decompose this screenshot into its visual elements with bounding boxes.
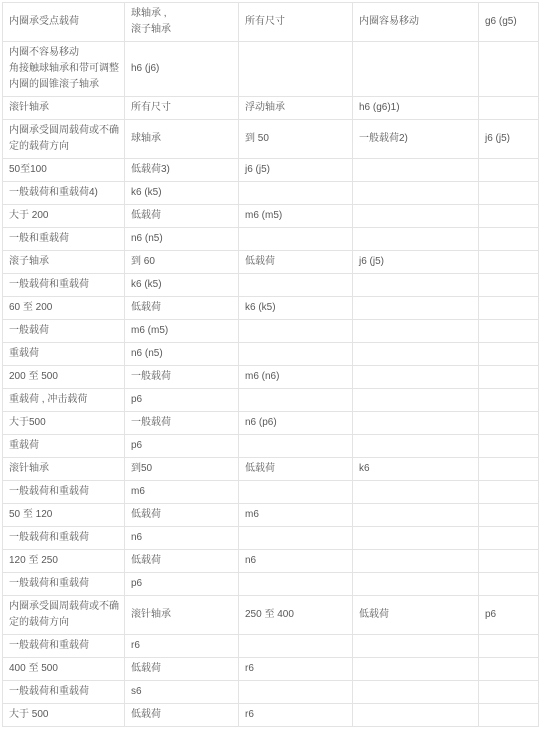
table-cell: m6 (n6) [239,366,353,389]
table-cell [239,527,353,550]
table-cell: j6 (j5) [479,120,539,159]
table-cell [479,458,539,481]
table-cell: 低载荷 [125,205,239,228]
table-cell: 低载荷 [239,458,353,481]
table-cell: s6 [125,681,239,704]
table-row: 内圈承受圆周载荷或不确 定的载荷方向球轴承到 50一般载荷2)j6 (j5) [3,120,539,159]
table-cell [353,481,479,504]
table-cell: 120 至 250 [3,550,125,573]
table-cell [353,228,479,251]
table-cell: 球轴承 [125,120,239,159]
table-cell [479,435,539,458]
table-cell: n6 [125,527,239,550]
table-row: 大于 200低载荷m6 (m5) [3,205,539,228]
table-cell: 200 至 500 [3,366,125,389]
table-cell: g6 (g5) [479,3,539,42]
table-cell: 一般载荷 [3,320,125,343]
table-cell: p6 [125,435,239,458]
table-cell: 滚子轴承 [3,251,125,274]
table-cell: 大于 500 [3,704,125,727]
table-row: 一般载荷和重载荷r6 [3,635,539,658]
table-cell [353,550,479,573]
table-cell [479,658,539,681]
table-cell: k6 (k5) [125,274,239,297]
table-cell: 400 至 500 [3,658,125,681]
table-cell [353,343,479,366]
table-cell: 重载荷 [3,435,125,458]
table-cell: 重载荷 , 冲击载荷 [3,389,125,412]
table-cell: m6 [239,504,353,527]
table-cell: 大于 200 [3,205,125,228]
table-cell [353,320,479,343]
table-cell [479,42,539,97]
table-cell [479,412,539,435]
table-row: 200 至 500一般载荷m6 (n6) [3,366,539,389]
table-cell [239,228,353,251]
table-cell: 到50 [125,458,239,481]
table-row: 滚针轴承到50低载荷k6 [3,458,539,481]
table-cell [353,635,479,658]
table-cell: 一般和重载荷 [3,228,125,251]
table-row: 重载荷p6 [3,435,539,458]
table-cell [353,389,479,412]
table-cell: 滚针轴承 [3,458,125,481]
table-cell: j6 (j5) [353,251,479,274]
table-row: 重载荷 , 冲击载荷p6 [3,389,539,412]
table-cell: p6 [125,389,239,412]
table-cell: 一般载荷2) [353,120,479,159]
table-cell: h6 (g6)1) [353,97,479,120]
table-row: 内圈承受点载荷球轴承 , 滚子轴承所有尺寸内圈容易移动g6 (g5) [3,3,539,42]
table-cell: 内圈容易移动 [353,3,479,42]
table-cell [239,42,353,97]
table-row: 一般和重载荷n6 (n5) [3,228,539,251]
table-cell: r6 [125,635,239,658]
table-cell: 一般载荷和重载荷 [3,527,125,550]
table-cell [353,435,479,458]
table-cell [353,412,479,435]
table-cell [353,658,479,681]
table-row: 60 至 200低载荷k6 (k5) [3,297,539,320]
table-cell: 内圈不容易移动 角接触球轴承和带可调整 内圈的圆锥滚子轴承 [3,42,125,97]
table-cell: n6 [239,550,353,573]
table-cell: 低载荷 [125,504,239,527]
table-row: 一般载荷和重载荷p6 [3,573,539,596]
table-cell [479,704,539,727]
table-cell [239,635,353,658]
table-cell [479,481,539,504]
table-cell: 一般载荷和重载荷 [3,635,125,658]
table-row: 一般载荷m6 (m5) [3,320,539,343]
table-cell: 浮动轴承 [239,97,353,120]
table-cell: 低载荷 [125,297,239,320]
table-cell: 一般载荷和重载荷4) [3,182,125,205]
table-cell: 一般载荷和重载荷 [3,274,125,297]
table-cell: 一般载荷 [125,366,239,389]
table-row: 一般载荷和重载荷k6 (k5) [3,274,539,297]
table-cell: 重载荷 [3,343,125,366]
table-row: 滚针轴承所有尺寸浮动轴承h6 (g6)1) [3,97,539,120]
table-cell: n6 (p6) [239,412,353,435]
table-cell [353,205,479,228]
table-cell: p6 [479,596,539,635]
bearing-shaft-fit-table-body: 内圈承受点载荷球轴承 , 滚子轴承所有尺寸内圈容易移动g6 (g5)内圈不容易移… [3,3,539,727]
table-cell: 所有尺寸 [239,3,353,42]
table-row: 大于500一般载荷n6 (p6) [3,412,539,435]
table-cell [239,274,353,297]
table-cell: 一般载荷 [125,412,239,435]
table-cell [353,704,479,727]
table-cell: 到 50 [239,120,353,159]
bearing-shaft-fit-table: 内圈承受点载荷球轴承 , 滚子轴承所有尺寸内圈容易移动g6 (g5)内圈不容易移… [2,2,539,727]
table-cell [479,550,539,573]
table-cell [479,389,539,412]
table-row: 内圈承受圆周载荷或不确 定的载荷方向滚针轴承250 至 400低载荷p6 [3,596,539,635]
table-cell [353,573,479,596]
table-row: 120 至 250低载荷n6 [3,550,539,573]
table-cell [239,481,353,504]
table-cell: 一般载荷和重载荷 [3,573,125,596]
table-cell [479,635,539,658]
table-cell [479,320,539,343]
table-cell: 内圈承受圆周载荷或不确 定的载荷方向 [3,596,125,635]
table-cell [479,182,539,205]
table-cell [239,320,353,343]
table-cell [353,504,479,527]
table-cell [479,504,539,527]
table-cell: 60 至 200 [3,297,125,320]
table-cell [479,366,539,389]
table-cell [239,681,353,704]
table-cell [479,251,539,274]
table-cell [479,97,539,120]
table-cell [479,159,539,182]
page: 内圈承受点载荷球轴承 , 滚子轴承所有尺寸内圈容易移动g6 (g5)内圈不容易移… [0,2,542,750]
table-cell [479,343,539,366]
table-cell [479,297,539,320]
table-cell: j6 (j5) [239,159,353,182]
table-row: 重载荷n6 (n5) [3,343,539,366]
table-cell [479,205,539,228]
table-cell: r6 [239,704,353,727]
table-cell: 50至100 [3,159,125,182]
table-cell: 滚针轴承 [125,596,239,635]
table-row: 大于 500低载荷r6 [3,704,539,727]
table-cell [239,343,353,366]
table-cell: m6 [125,481,239,504]
table-cell [353,159,479,182]
table-cell: 250 至 400 [239,596,353,635]
table-cell: 内圈承受点载荷 [3,3,125,42]
table-cell: 滚针轴承 [3,97,125,120]
table-cell: 50 至 120 [3,504,125,527]
table-cell [353,681,479,704]
table-cell: 低载荷 [353,596,479,635]
table-cell [353,527,479,550]
table-cell [353,297,479,320]
table-cell: 低载荷 [125,550,239,573]
table-cell [353,366,479,389]
table-cell [479,527,539,550]
table-cell [479,228,539,251]
table-row: 一般载荷和重载荷m6 [3,481,539,504]
table-cell: 球轴承 , 滚子轴承 [125,3,239,42]
table-cell: k6 (k5) [239,297,353,320]
table-row: 一般载荷和重载荷s6 [3,681,539,704]
table-cell: 所有尺寸 [125,97,239,120]
table-cell: m6 (m5) [125,320,239,343]
table-cell: 一般载荷和重载荷 [3,681,125,704]
table-cell: 低载荷 [125,704,239,727]
table-cell: 大于500 [3,412,125,435]
table-row: 滚子轴承到 60低载荷j6 (j5) [3,251,539,274]
table-row: 内圈不容易移动 角接触球轴承和带可调整 内圈的圆锥滚子轴承h6 (j6) [3,42,539,97]
table-cell: 内圈承受圆周载荷或不确 定的载荷方向 [3,120,125,159]
table-cell: 一般载荷和重载荷 [3,481,125,504]
table-row: 50至100低载荷3)j6 (j5) [3,159,539,182]
table-cell [239,182,353,205]
table-cell: 到 60 [125,251,239,274]
table-row: 50 至 120低载荷m6 [3,504,539,527]
table-cell: p6 [125,573,239,596]
table-cell: n6 (n5) [125,343,239,366]
table-cell [239,435,353,458]
table-row: 400 至 500低载荷r6 [3,658,539,681]
table-cell: m6 (m5) [239,205,353,228]
table-cell [479,573,539,596]
table-cell: k6 (k5) [125,182,239,205]
table-cell [353,182,479,205]
table-cell [239,573,353,596]
table-cell [479,274,539,297]
table-cell [353,42,479,97]
table-cell [353,274,479,297]
table-row: 一般载荷和重载荷4)k6 (k5) [3,182,539,205]
table-cell: n6 (n5) [125,228,239,251]
table-cell: k6 [353,458,479,481]
table-row: 一般载荷和重载荷n6 [3,527,539,550]
table-cell: 低载荷 [239,251,353,274]
table-cell: r6 [239,658,353,681]
table-cell: 低载荷 [125,658,239,681]
table-cell: 低载荷3) [125,159,239,182]
table-cell: h6 (j6) [125,42,239,97]
table-cell [479,681,539,704]
table-cell [239,389,353,412]
